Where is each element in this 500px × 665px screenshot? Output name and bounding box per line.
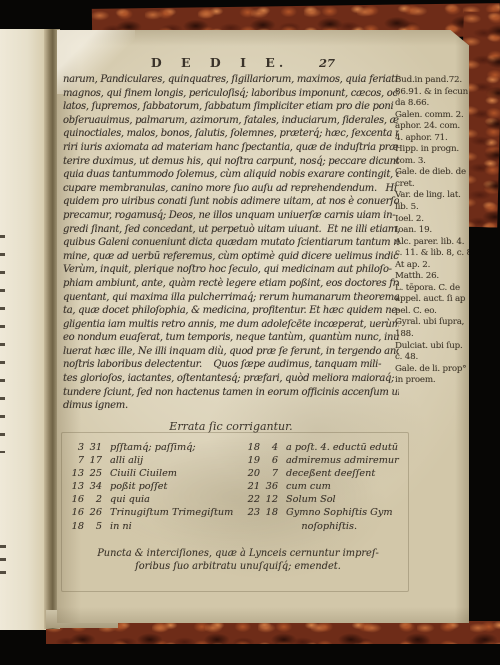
text-line: riri iuris axiomata ad materiam hanc ſpe… — [63, 141, 399, 155]
text-line: magnos, qui finem longis, periculoſisq́;… — [63, 87, 399, 101]
errata-cell-l: 31 — [84, 441, 102, 454]
marginal-note-line: Ioel. 2. — [395, 214, 471, 226]
errata-row: 196admiremus admiremur — [245, 454, 421, 467]
errata-cell-p: 18 — [245, 441, 260, 454]
text-line: quinoctiales, malos, bonos, ſalutis, ſol… — [63, 127, 399, 141]
marginal-note-line: Var. de ling. lat. — [395, 190, 471, 202]
marginal-note-line: 86.91. & in ſecun — [395, 87, 471, 99]
errata-row: 1325Ciuili Ciuilem — [69, 467, 245, 480]
text-line: gligentia iam multis retro annis, me dum… — [63, 318, 399, 332]
errata-cell-p: 23 — [245, 506, 260, 519]
text-line: gredi ſinant, ſed concedant, ut perpetuò… — [63, 223, 399, 237]
errata-cell-l: 17 — [84, 454, 102, 467]
errata-cell-l: 36 — [260, 480, 278, 493]
marginal-note-line: 188. — [395, 329, 471, 341]
errata-row: 717alli alij — [69, 454, 245, 467]
errata-cell-l: 12 — [260, 493, 278, 506]
errata-cell-t: noſophiſtis. — [286, 520, 421, 533]
errata-cell-p: 13 — [69, 480, 84, 493]
errata-row: noſophiſtis. — [245, 520, 421, 533]
text-line: quentant, qui maxima illa pulcherrimaq́;… — [63, 291, 399, 305]
marginal-note-line: in proem. — [395, 375, 471, 387]
text-line: precamur, rogamusq́; Deos, ne illos unqu… — [63, 209, 399, 223]
errata-cell-l: 25 — [84, 467, 102, 480]
errata-cell-t: Gymno Sophiſtis Gym — [286, 506, 421, 519]
errata-cell-t: qui quia — [110, 493, 245, 506]
facing-page-text-fragments — [0, 545, 6, 575]
text-line: dimus ignem. — [63, 399, 399, 413]
marginal-note-line: appel. auct. ſi ap — [395, 294, 471, 306]
errata-cell-t: Ciuili Ciuilem — [110, 467, 245, 480]
errata-row: 2318Gymno Sophiſtis Gym — [245, 506, 421, 519]
errata-left-column: 331pſſtamq́; paſſimq́;717alli alij1325Ci… — [69, 441, 245, 533]
errata-cell-l: 6 — [260, 454, 278, 467]
errata-cell-p: 20 — [245, 467, 260, 480]
errata-row: 331pſſtamq́; paſſimq́; — [69, 441, 245, 454]
errata-cell-l: 4 — [260, 441, 278, 454]
text-line: quidem pro uiribus conati ſunt nobis adi… — [63, 195, 399, 209]
errata-cell-t: alli alij — [110, 454, 245, 467]
marginal-note-line: Bud.in pand.72. — [395, 75, 471, 87]
marginal-note-line: Gyral. ubi ſupra, — [395, 317, 471, 329]
marginal-note-line: c. 48. — [395, 352, 471, 364]
errata-right-column: 184a poſt. 4. eductū edutū196admiremus a… — [245, 441, 421, 533]
marginal-note-line: cret. — [395, 179, 471, 191]
book-photo: D E D I E. 27 narum, Pandiculares, quinq… — [0, 0, 500, 665]
footer-note-line: ſoribus ſuo arbitratu unuſquiſq́; emende… — [83, 561, 393, 574]
marginal-note-line: 4. aphor. 71. — [395, 133, 471, 145]
marginal-note-line: da 8.66. — [395, 98, 471, 110]
errata-row: 185in ni — [69, 520, 245, 533]
errata-cell-t: Trinugiſtum Trimegiſtum — [110, 506, 245, 519]
errata-cell-l: 7 — [260, 467, 278, 480]
errata-cell-p: 7 — [69, 454, 84, 467]
marginal-note-line: pel. C. eo. — [395, 306, 471, 318]
text-line: noſtris laboribus delectentur. Quos ſæpe… — [63, 358, 399, 372]
errata-cell-t: Solum Sol — [286, 493, 421, 506]
marginal-citations: Bud.in pand.72.86.91. & in ſecunda 8.66.… — [395, 75, 471, 387]
errata-cell-t: deceßent deeſſent — [286, 467, 421, 480]
facing-page-edge — [0, 29, 46, 630]
errata-cell-p: 16 — [69, 493, 84, 506]
errata-table: 331pſſtamq́; paſſimq́;717alli alij1325Ci… — [69, 441, 421, 533]
errata-cell-t: poßit poſſet — [110, 480, 245, 493]
folio-page-number: 27 — [309, 56, 345, 70]
errata-cell-p: 16 — [69, 506, 84, 519]
text-line: obſeruauimus, palmarum, azimorum, fatale… — [63, 114, 399, 128]
errata-cell-l: 34 — [84, 480, 102, 493]
errata-cell-p: 22 — [245, 493, 260, 506]
running-title: D E D I E. — [119, 55, 319, 70]
text-line: phiam ambiunt, ante, quàm rectè legere e… — [63, 277, 399, 291]
marginal-note-line: Gale. de dieb. de — [395, 167, 471, 179]
marginal-note-line: Ioan. 19. — [395, 225, 471, 237]
marginal-note-line: Galen. comm. 2. — [395, 110, 471, 122]
errata-cell-l: 5 — [84, 520, 102, 533]
marginal-note-line: Matth. 26. — [395, 271, 471, 283]
errata-cell-p: 19 — [245, 454, 260, 467]
errata-cell-t: admiremus admiremur — [286, 454, 421, 467]
marginal-note-line: lib. 5. — [395, 202, 471, 214]
text-line: ta, quæ docet philoſophia, & medicina, p… — [63, 304, 399, 318]
errata-cell-t: in ni — [110, 520, 245, 533]
errata-cell-l: 18 — [260, 506, 278, 519]
errata-heading: Errata ſic corrigantur. — [63, 420, 399, 433]
marginal-note-line: c. 11. & lib. 8, c. 8. — [395, 248, 471, 260]
text-line: eo nondum euaſerat, tum temporis, neque … — [63, 331, 399, 345]
errata-cell-l: 26 — [84, 506, 102, 519]
printer-correction-note: Puncta & interciſiones, quæ à Lynceis ce… — [83, 548, 393, 573]
errata-cell-p: 13 — [69, 467, 84, 480]
main-text-block: narum, Pandiculares, quinquatres, ſigill… — [63, 73, 399, 413]
text-line: tundere ſciunt, ſed non hactenus tamen i… — [63, 386, 399, 400]
marginal-note-line: Hipp. in progn. — [395, 144, 471, 156]
marginal-note-line: com. 3. — [395, 156, 471, 168]
text-line: tes glorioſos, iactantes, oſtentantesq́;… — [63, 372, 399, 386]
errata-cell-p — [245, 520, 260, 533]
footer-note-line: Puncta & interciſiones, quæ à Lynceis ce… — [83, 548, 393, 561]
errata-cell-t: cum cum — [286, 480, 421, 493]
book-page: D E D I E. 27 narum, Pandiculares, quinq… — [57, 30, 469, 623]
text-line: terire duximus, ut demus his, qui noſtra… — [63, 155, 399, 169]
errata-cell-p: 18 — [69, 520, 84, 533]
errata-cell-l: 2 — [84, 493, 102, 506]
errata-row: 1626Trinugiſtum Trimegiſtum — [69, 506, 245, 519]
errata-cell-t: a poſt. 4. eductū edutū — [286, 441, 421, 454]
errata-row: 2212Solum Sol — [245, 493, 421, 506]
errata-row: 2136cum cum — [245, 480, 421, 493]
marginal-note-line: Alc. parer. lib. 4. — [395, 237, 471, 249]
facing-page-text-fragments — [0, 235, 5, 453]
text-line: luerat hæc ille, Ne illi inquam diù, quo… — [63, 345, 399, 359]
marginal-note-line: aphor. 24. com. — [395, 121, 471, 133]
text-line: narum, Pandiculares, quinquatres, ſigill… — [63, 73, 399, 87]
errata-cell-t: pſſtamq́; paſſimq́; — [110, 441, 245, 454]
errata-cell-p: 21 — [245, 480, 260, 493]
errata-row: 1334poßit poſſet — [69, 480, 245, 493]
text-line: Verùm, inquit, plerique noſtro hoc ſecul… — [63, 263, 399, 277]
text-line: quia duas tantummodo ſolemus, cùm aliqui… — [63, 168, 399, 182]
text-line: mine, quæ ad uerbũ referemus, cùm optimè… — [63, 250, 399, 264]
marginal-note-line: L. tēpora. C. de — [395, 283, 471, 295]
marginal-note-line: Gale. de li. prop° — [395, 364, 471, 376]
marginal-note-line: At ap. 2. — [395, 260, 471, 272]
errata-row: 207deceßent deeſſent — [245, 467, 421, 480]
marginal-note-line: Dulciat. ubi ſup. — [395, 341, 471, 353]
errata-row: 184a poſt. 4. eductū edutū — [245, 441, 421, 454]
text-line: quibus Galeni conueniunt dicta quædam mu… — [63, 236, 399, 250]
errata-cell-l — [260, 520, 278, 533]
errata-cell-p: 3 — [69, 441, 84, 454]
text-line: latos, ſupremos, ſabbatorum, ſabbatum ſi… — [63, 100, 399, 114]
text-line: cupare membranulas, canino more ſuo auſu… — [63, 182, 399, 196]
errata-row: 162qui quia — [69, 493, 245, 506]
